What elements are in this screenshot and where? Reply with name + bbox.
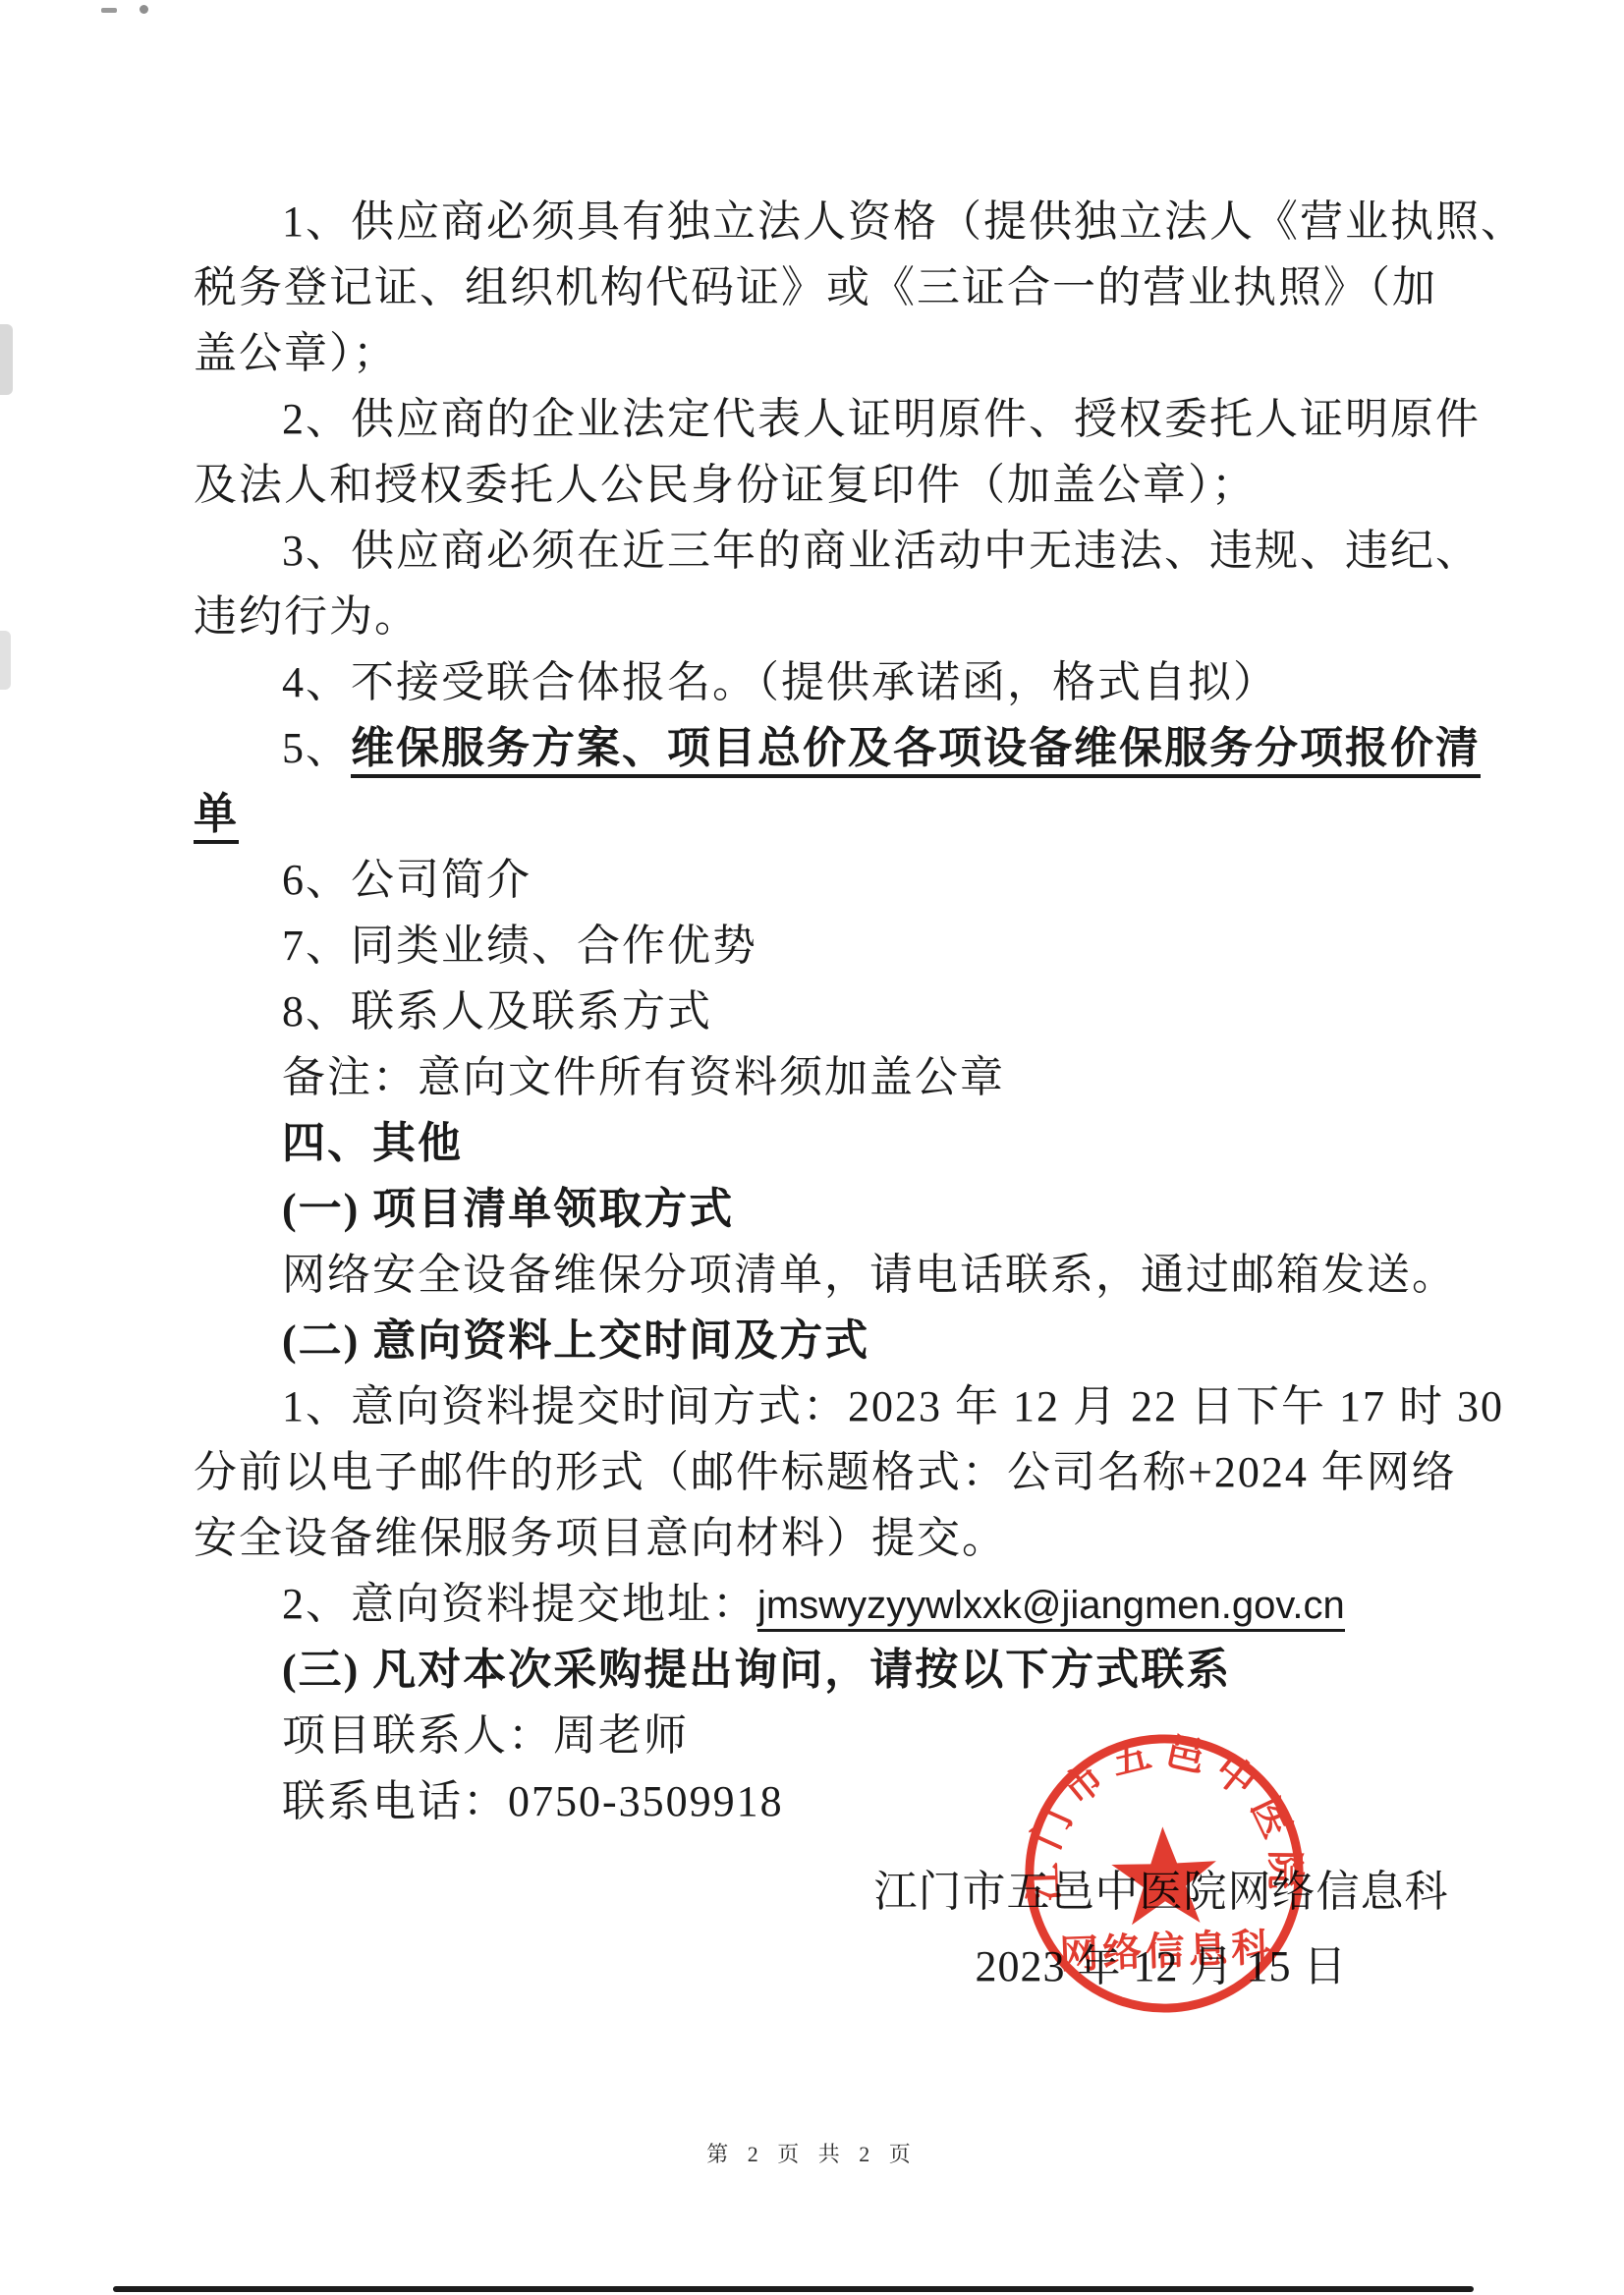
text-segment: 单 (194, 790, 239, 844)
text-segment: 1、意向资料提交时间方式：2023 年 12 月 22 日下午 17 时 30 (282, 1382, 1504, 1430)
text-segment: (一) 项目清单领取方式 (282, 1185, 734, 1233)
text-line: 8、联系人及联系方式 (194, 979, 1490, 1044)
text-line: 盖公章）； (194, 320, 1490, 386)
document-page: 1、供应商必须具有独立法人资格（提供独立法人《营业执照、税务登记证、组织机构代码… (0, 0, 1624, 2295)
text-line: 4、不接受联合体报名。（提供承诺函，格式自拟） (194, 649, 1490, 715)
text-line: 2、供应商的企业法定代表人证明原件、授权委托人证明原件 (194, 386, 1490, 452)
text-segment: 2、供应商的企业法定代表人证明原件、授权委托人证明原件 (282, 395, 1481, 443)
text-line: (一) 项目清单领取方式 (194, 1176, 1490, 1242)
text-segment: 税务登记证、组织机构代码证》或《三证合一的营业执照》（加 (194, 263, 1437, 311)
text-segment: 2、意向资料提交地址： (282, 1580, 757, 1628)
text-segment: 项目联系人：周老师 (282, 1711, 689, 1760)
text-segment: 6、公司简介 (282, 856, 532, 904)
text-line: 1、意向资料提交时间方式：2023 年 12 月 22 日下午 17 时 30 (194, 1373, 1490, 1439)
text-segment: 维保服务方案、项目总价及各项设备维保服务分项报价清 (351, 724, 1481, 778)
text-line: 单 (194, 781, 1490, 847)
text-line: (二) 意向资料上交时间及方式 (194, 1308, 1490, 1373)
text-line: 网络安全设备维保分项清单，请电话联系，通过邮箱发送。 (194, 1242, 1490, 1308)
text-line: 备注：意向文件所有资料须加盖公章 (194, 1044, 1490, 1110)
scan-artifact-bottom-line (113, 2286, 1474, 2292)
text-segment: 7、同类业绩、合作优势 (282, 922, 757, 970)
text-segment: 5、 (282, 724, 351, 772)
text-segment: 1、供应商必须具有独立法人资格（提供独立法人《营业执照、 (282, 197, 1526, 246)
text-segment: 联系电话：0750-3509918 (282, 1777, 784, 1825)
page-footer: 第 2 页 共 2 页 (0, 2138, 1624, 2168)
text-line: 7、同类业绩、合作优势 (194, 913, 1490, 979)
text-segment: 8、联系人及联系方式 (282, 987, 712, 1036)
text-line: 1、供应商必须具有独立法人资格（提供独立法人《营业执照、 (194, 189, 1490, 254)
text-line: 税务登记证、组织机构代码证》或《三证合一的营业执照》（加 (194, 254, 1490, 320)
text-segment: (二) 意向资料上交时间及方式 (282, 1316, 869, 1365)
scan-artifact-speck (101, 8, 117, 13)
text-segment: 违约行为。 (194, 592, 420, 641)
text-segment: 分前以电子邮件的形式（邮件标题格式：公司名称+2024 年网络 (194, 1448, 1457, 1496)
text-line: 四、其他 (194, 1110, 1490, 1176)
text-line: (三) 凡对本次采购提出询问，请按以下方式联系 (194, 1637, 1490, 1703)
official-seal-stamp: 江门市五邑中医院 网络信息科 (1013, 1722, 1316, 2025)
text-line: 2、意向资料提交地址：jmswyzyywlxxk@jiangmen.gov.cn (194, 1571, 1490, 1637)
scan-artifact-speck (140, 5, 148, 14)
text-segment: (三) 凡对本次采购提出询问，请按以下方式联系 (282, 1646, 1231, 1694)
text-segment: 4、不接受联合体报名。（提供承诺函，格式自拟） (282, 658, 1278, 706)
text-segment: 及法人和授权委托人公民身份证复印件（加盖公章）； (194, 461, 1257, 509)
text-line: 安全设备维保服务项目意向材料）提交。 (194, 1505, 1490, 1571)
seal-bottom-text: 网络信息科 (1059, 1927, 1275, 1978)
scan-artifact-edge-smudge (0, 631, 11, 690)
text-line: 分前以电子邮件的形式（邮件标题格式：公司名称+2024 年网络 (194, 1439, 1490, 1505)
text-segment: 3、供应商必须在近三年的商业活动中无违法、违规、违纪、 (282, 527, 1481, 575)
text-line: 6、公司简介 (194, 847, 1490, 913)
text-segment: 安全设备维保服务项目意向材料）提交。 (194, 1514, 1007, 1562)
text-line: 3、供应商必须在近三年的商业活动中无违法、违规、违纪、 (194, 518, 1490, 584)
text-segment: 备注：意向文件所有资料须加盖公章 (282, 1053, 1005, 1101)
text-line: 及法人和授权委托人公民身份证复印件（加盖公章）； (194, 452, 1490, 518)
text-line: 5、维保服务方案、项目总价及各项设备维保服务分项报价清 (194, 715, 1490, 781)
text-segment: 盖公章）； (194, 329, 398, 377)
scan-artifact-edge-smudge (0, 324, 13, 395)
email-address: jmswyzyywlxxk@jiangmen.gov.cn (757, 1584, 1345, 1632)
text-line: 违约行为。 (194, 584, 1490, 649)
document-body: 1、供应商必须具有独立法人资格（提供独立法人《营业执照、税务登记证、组织机构代码… (194, 189, 1490, 1834)
text-segment: 网络安全设备维保分项清单，请电话联系，通过邮箱发送。 (282, 1251, 1457, 1299)
text-segment: 四、其他 (282, 1119, 463, 1167)
star-icon (1110, 1824, 1218, 1925)
